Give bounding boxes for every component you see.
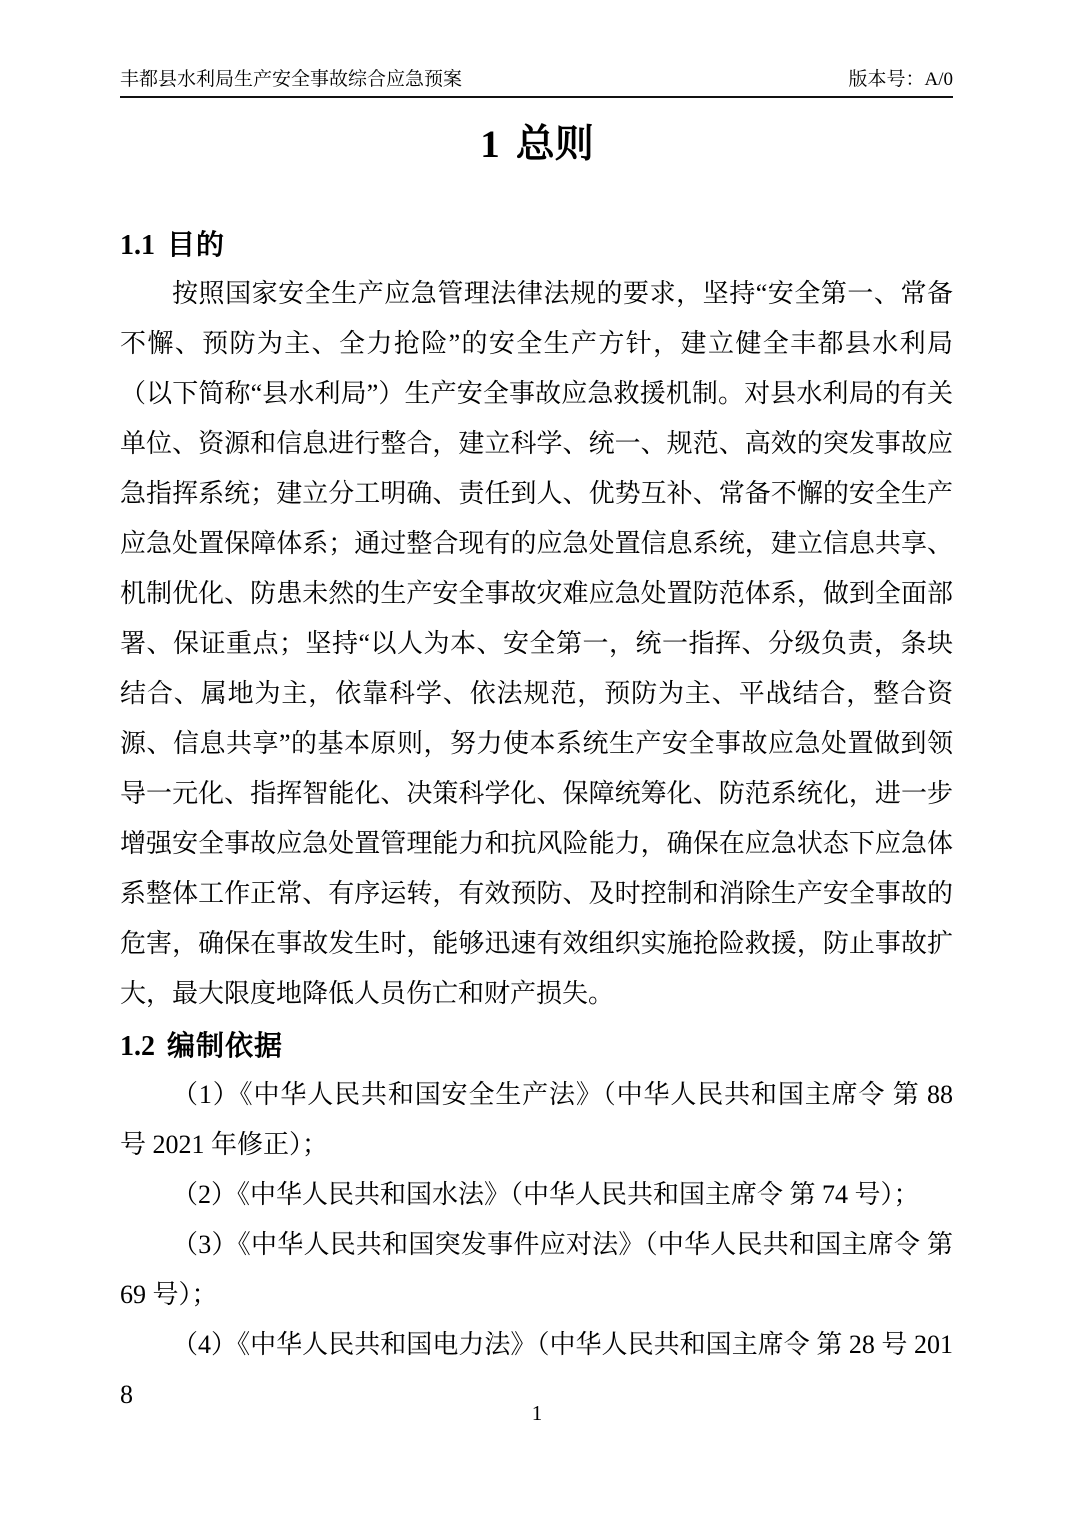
chapter-name: 总则 xyxy=(516,123,594,166)
chapter-title: 1总则 xyxy=(0,121,1074,169)
section-title-text: 编制依据 xyxy=(167,1030,283,1061)
header-version-label: 版本号：A/0 xyxy=(848,68,953,92)
section-heading-purpose: 1.1目的 xyxy=(120,224,953,267)
section-heading-basis: 1.2编制依据 xyxy=(120,1025,953,1068)
section-number: 1.1 xyxy=(120,230,155,261)
page-number: 1 xyxy=(532,1401,543,1425)
legal-reference-item: （2）《中华人民共和国水法》（中华人民共和国主席令 第 74 号）； xyxy=(120,1170,953,1220)
purpose-paragraph: 按照国家安全生产应急管理法律法规的要求，坚持“安全第一、常备不懈、预防为主、全力… xyxy=(120,269,953,1019)
section-title-text: 目的 xyxy=(167,229,225,260)
document-body: 1.1目的 按照国家安全生产应急管理法律法规的要求，坚持“安全第一、常备不懈、预… xyxy=(120,218,953,1420)
legal-reference-item: （1）《中华人民共和国安全生产法》（中华人民共和国主席令 第 88 号 2021… xyxy=(120,1070,953,1170)
chapter-number: 1 xyxy=(480,123,500,166)
document-page: 丰都县水利局生产安全事故综合应急预案 版本号：A/0 1总则 1.1目的 按照国… xyxy=(0,0,1074,1520)
legal-reference-item: （3）《中华人民共和国突发事件应对法》（中华人民共和国主席令 第 69 号）； xyxy=(120,1220,953,1320)
header-doc-title: 丰都县水利局生产安全事故综合应急预案 xyxy=(120,68,462,92)
section-number: 1.2 xyxy=(120,1031,155,1062)
page-footer: 1 xyxy=(0,1400,1074,1426)
page-header: 丰都县水利局生产安全事故综合应急预案 版本号：A/0 xyxy=(120,68,953,98)
